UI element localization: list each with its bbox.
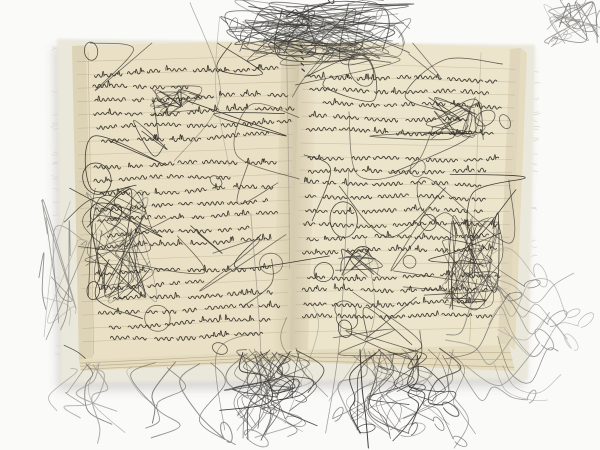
artwork-photo — [0, 0, 600, 450]
artwork-canvas — [0, 0, 600, 450]
